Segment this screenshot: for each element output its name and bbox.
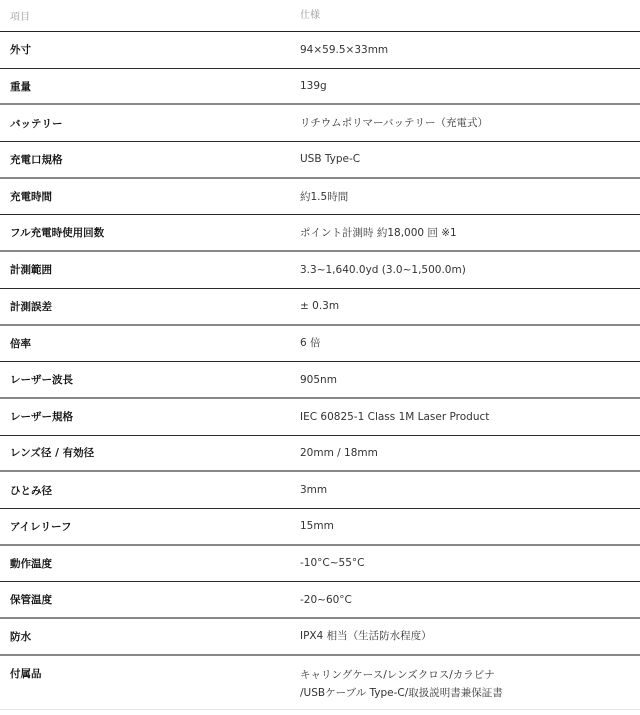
table-row: レンズ径 / 有効径 20mm / 18mm	[0, 436, 640, 473]
row-value: 905nm	[300, 371, 640, 389]
row-value: ポイント計測時 約18,000 回 ※1	[300, 224, 640, 242]
row-label: アイレリーフ	[0, 519, 300, 534]
row-value: 139g	[300, 77, 640, 95]
value-line: /USBケーブル Type-C/取扱説明書兼保証書	[300, 684, 640, 702]
row-value: 3mm	[300, 481, 640, 499]
row-value: 20mm / 18mm	[300, 444, 640, 462]
row-label: 充電口規格	[0, 152, 300, 167]
table-row: 動作温度 -10°C~55°C	[0, 546, 640, 583]
row-value: リチウムポリマーバッテリー（充電式）	[300, 114, 640, 132]
row-label: バッテリー	[0, 116, 300, 131]
table-row: バッテリー リチウムポリマーバッテリー（充電式）	[0, 105, 640, 142]
row-value: 94×59.5×33mm	[300, 41, 640, 59]
row-value: IPX4 相当（生活防水程度）	[300, 627, 640, 645]
row-label: 倍率	[0, 336, 300, 351]
table-row: 外寸 94×59.5×33mm	[0, 32, 640, 69]
table-row: フル充電時使用回数 ポイント計測時 約18,000 回 ※1	[0, 215, 640, 252]
row-value: -20~60°C	[300, 591, 640, 609]
header-item: 項目	[0, 8, 300, 23]
table-row: 重量 139g	[0, 69, 640, 106]
table-row: 付属品 キャリングケース/レンズクロス/カラビナ /USBケーブル Type-C…	[0, 656, 640, 710]
table-row: 充電口規格 USB Type-C	[0, 142, 640, 179]
row-label: 充電時間	[0, 189, 300, 204]
table-row: 保管温度 -20~60°C	[0, 582, 640, 619]
header-spec: 仕様	[300, 7, 640, 25]
row-label: 動作温度	[0, 556, 300, 571]
row-value: 3.3~1,640.0yd (3.0~1,500.0m)	[300, 261, 640, 279]
spec-table: 項目 仕様 外寸 94×59.5×33mm 重量 139g バッテリー リチウム…	[0, 0, 640, 710]
row-label: 重量	[0, 79, 300, 94]
table-row: レーザー波長 905nm	[0, 362, 640, 399]
row-value: 6 倍	[300, 334, 640, 352]
row-value: IEC 60825-1 Class 1M Laser Product	[300, 408, 640, 426]
row-label: レーザー波長	[0, 372, 300, 387]
row-label: 計測誤差	[0, 299, 300, 314]
row-value: USB Type-C	[300, 150, 640, 168]
row-value: 約1.5時間	[300, 188, 640, 206]
row-label: 外寸	[0, 42, 300, 57]
table-row: 計測範囲 3.3~1,640.0yd (3.0~1,500.0m)	[0, 252, 640, 289]
row-label: 付属品	[0, 666, 300, 681]
row-value: 15mm	[300, 517, 640, 535]
table-row: 倍率 6 倍	[0, 326, 640, 363]
row-label: ひとみ径	[0, 483, 300, 498]
table-row: 計測誤差 ± 0.3m	[0, 289, 640, 326]
row-value-multiline: キャリングケース/レンズクロス/カラビナ /USBケーブル Type-C/取扱説…	[300, 666, 640, 702]
row-label: レーザー規格	[0, 409, 300, 424]
row-value: -10°C~55°C	[300, 554, 640, 572]
row-label: 計測範囲	[0, 262, 300, 277]
table-row: 防水 IPX4 相当（生活防水程度）	[0, 619, 640, 656]
table-row: ひとみ径 3mm	[0, 472, 640, 509]
table-header: 項目 仕様	[0, 0, 640, 32]
table-row: アイレリーフ 15mm	[0, 509, 640, 546]
table-row: 充電時間 約1.5時間	[0, 179, 640, 216]
value-line: キャリングケース/レンズクロス/カラビナ	[300, 666, 640, 684]
row-label: フル充電時使用回数	[0, 225, 300, 240]
table-row: レーザー規格 IEC 60825-1 Class 1M Laser Produc…	[0, 399, 640, 436]
row-label: レンズ径 / 有効径	[0, 445, 300, 460]
row-value: ± 0.3m	[300, 297, 640, 315]
row-label: 保管温度	[0, 592, 300, 607]
row-label: 防水	[0, 629, 300, 644]
